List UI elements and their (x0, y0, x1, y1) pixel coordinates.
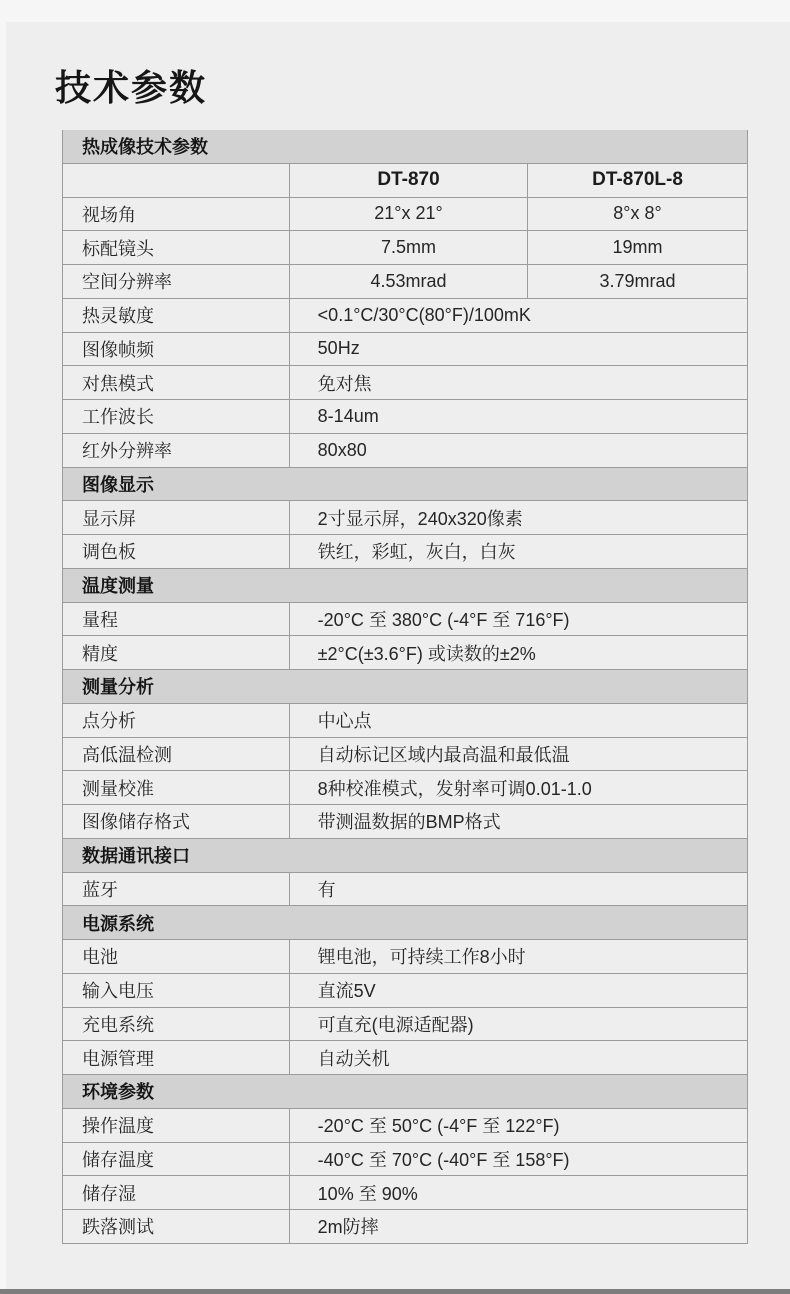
spec-label: 充电系统 (63, 1008, 290, 1041)
spec-table: 热成像技术参数DT-870DT-870L-8视场角21°x 21°8°x 8°标… (62, 130, 748, 1244)
spec-label: 标配镜头 (63, 231, 290, 264)
spec-value: 有 (290, 873, 747, 906)
spec-value: 10% 至 90% (290, 1176, 747, 1209)
spec-value: 自动关机 (290, 1041, 747, 1074)
spec-value: 50Hz (290, 333, 747, 366)
section-row: 测量分析 (63, 670, 747, 704)
spec-value: ±2°C(±3.6°F) 或读数的±2% (290, 636, 747, 669)
table-row: 量程-20°C 至 380°C (-4°F 至 716°F) (63, 603, 747, 637)
table-row: 蓝牙有 (63, 873, 747, 907)
table-row: 电池锂电池，可持续工作8小时 (63, 940, 747, 974)
spec-label: 红外分辨率 (63, 434, 290, 467)
spec-value: 中心点 (290, 704, 747, 737)
table-row: 充电系统可直充(电源适配器) (63, 1008, 747, 1042)
table-row: DT-870DT-870L-8 (63, 164, 747, 198)
bottom-bar (0, 1289, 790, 1294)
table-row: 高低温检测自动标记区域内最高温和最低温 (63, 738, 747, 772)
table-row: 操作温度-20°C 至 50°C (-4°F 至 122°F) (63, 1109, 747, 1143)
spec-value: 19mm (528, 231, 747, 264)
spec-label: 跌落测试 (63, 1210, 290, 1243)
spec-label: 图像储存格式 (63, 805, 290, 838)
table-row: 调色板铁红，彩虹，灰白，白灰 (63, 535, 747, 569)
spec-label: 热灵敏度 (63, 299, 290, 332)
table-row: 空间分辨率4.53mrad3.79mrad (63, 265, 747, 299)
spec-label: 调色板 (63, 535, 290, 568)
table-row: 精度±2°C(±3.6°F) 或读数的±2% (63, 636, 747, 670)
page-title: 技术参数 (55, 66, 207, 109)
spec-label: 输入电压 (63, 974, 290, 1007)
spec-label: 图像帧频 (63, 333, 290, 366)
spec-value: 4.53mrad (290, 265, 528, 298)
section-label: 电源系统 (63, 906, 747, 939)
table-row: 工作波长8-14um (63, 400, 747, 434)
spec-label: 操作温度 (63, 1109, 290, 1142)
section-row: 温度测量 (63, 569, 747, 603)
spec-label: 对焦模式 (63, 366, 290, 399)
spec-label: 工作波长 (63, 400, 290, 433)
column-header: DT-870L-8 (528, 164, 747, 197)
table-row: 热灵敏度<0.1°C/30°C(80°F)/100mK (63, 299, 747, 333)
spec-label: 显示屏 (63, 501, 290, 534)
table-row: 输入电压直流5V (63, 974, 747, 1008)
table-row: 电源管理自动关机 (63, 1041, 747, 1075)
spec-label: 蓝牙 (63, 873, 290, 906)
section-row: 热成像技术参数 (63, 130, 747, 164)
table-row: 跌落测试2m防摔 (63, 1210, 747, 1244)
spec-value: 3.79mrad (528, 265, 747, 298)
spec-label: 储存湿 (63, 1176, 290, 1209)
spec-value: -40°C 至 70°C (-40°F 至 158°F) (290, 1143, 747, 1176)
spec-value: 2寸显示屏，240x320像素 (290, 501, 747, 534)
spec-label: 高低温检测 (63, 738, 290, 771)
section-label: 图像显示 (63, 468, 747, 501)
spec-label: 视场角 (63, 198, 290, 231)
spec-label: 电池 (63, 940, 290, 973)
spec-value: 锂电池，可持续工作8小时 (290, 940, 747, 973)
spec-value: 8种校准模式，发射率可调0.01-1.0 (290, 771, 747, 804)
spec-label: 点分析 (63, 704, 290, 737)
spec-value: 80x80 (290, 434, 747, 467)
section-row: 图像显示 (63, 468, 747, 502)
spec-label: 储存温度 (63, 1143, 290, 1176)
table-row: 测量校准8种校准模式，发射率可调0.01-1.0 (63, 771, 747, 805)
spec-value: 2m防摔 (290, 1210, 747, 1243)
table-row: 图像帧频50Hz (63, 333, 747, 367)
spec-value: 7.5mm (290, 231, 528, 264)
spec-value: -20°C 至 50°C (-4°F 至 122°F) (290, 1109, 747, 1142)
spec-label: 电源管理 (63, 1041, 290, 1074)
section-label: 热成像技术参数 (63, 130, 747, 163)
content-panel: 技术参数 热成像技术参数DT-870DT-870L-8视场角21°x 21°8°… (6, 22, 790, 1289)
spec-value: 铁红，彩虹，灰白，白灰 (290, 535, 747, 568)
section-label: 环境参数 (63, 1075, 747, 1108)
spec-value: 8-14um (290, 400, 747, 433)
table-row: 视场角21°x 21°8°x 8° (63, 198, 747, 232)
corner-cell (63, 164, 290, 197)
table-row: 储存温度-40°C 至 70°C (-40°F 至 158°F) (63, 1143, 747, 1177)
table-row: 红外分辨率80x80 (63, 434, 747, 468)
spec-label: 空间分辨率 (63, 265, 290, 298)
table-row: 图像储存格式带测温数据的BMP格式 (63, 805, 747, 839)
spec-value: 直流5V (290, 974, 747, 1007)
spec-value: 可直充(电源适配器) (290, 1008, 747, 1041)
column-header: DT-870 (290, 164, 528, 197)
section-row: 电源系统 (63, 906, 747, 940)
spec-label: 量程 (63, 603, 290, 636)
spec-value: 21°x 21° (290, 198, 528, 231)
spec-label: 测量校准 (63, 771, 290, 804)
table-row: 点分析中心点 (63, 704, 747, 738)
spec-value: 8°x 8° (528, 198, 747, 231)
spec-label: 精度 (63, 636, 290, 669)
spec-value: -20°C 至 380°C (-4°F 至 716°F) (290, 603, 747, 636)
table-row: 储存湿10% 至 90% (63, 1176, 747, 1210)
table-row: 显示屏2寸显示屏，240x320像素 (63, 501, 747, 535)
spec-value: <0.1°C/30°C(80°F)/100mK (290, 299, 747, 332)
section-label: 测量分析 (63, 670, 747, 703)
table-row: 对焦模式免对焦 (63, 366, 747, 400)
section-label: 数据通讯接口 (63, 839, 747, 872)
spec-value: 带测温数据的BMP格式 (290, 805, 747, 838)
spec-value: 自动标记区域内最高温和最低温 (290, 738, 747, 771)
section-label: 温度测量 (63, 569, 747, 602)
table-row: 标配镜头7.5mm19mm (63, 231, 747, 265)
section-row: 环境参数 (63, 1075, 747, 1109)
spec-value: 免对焦 (290, 366, 747, 399)
section-row: 数据通讯接口 (63, 839, 747, 873)
